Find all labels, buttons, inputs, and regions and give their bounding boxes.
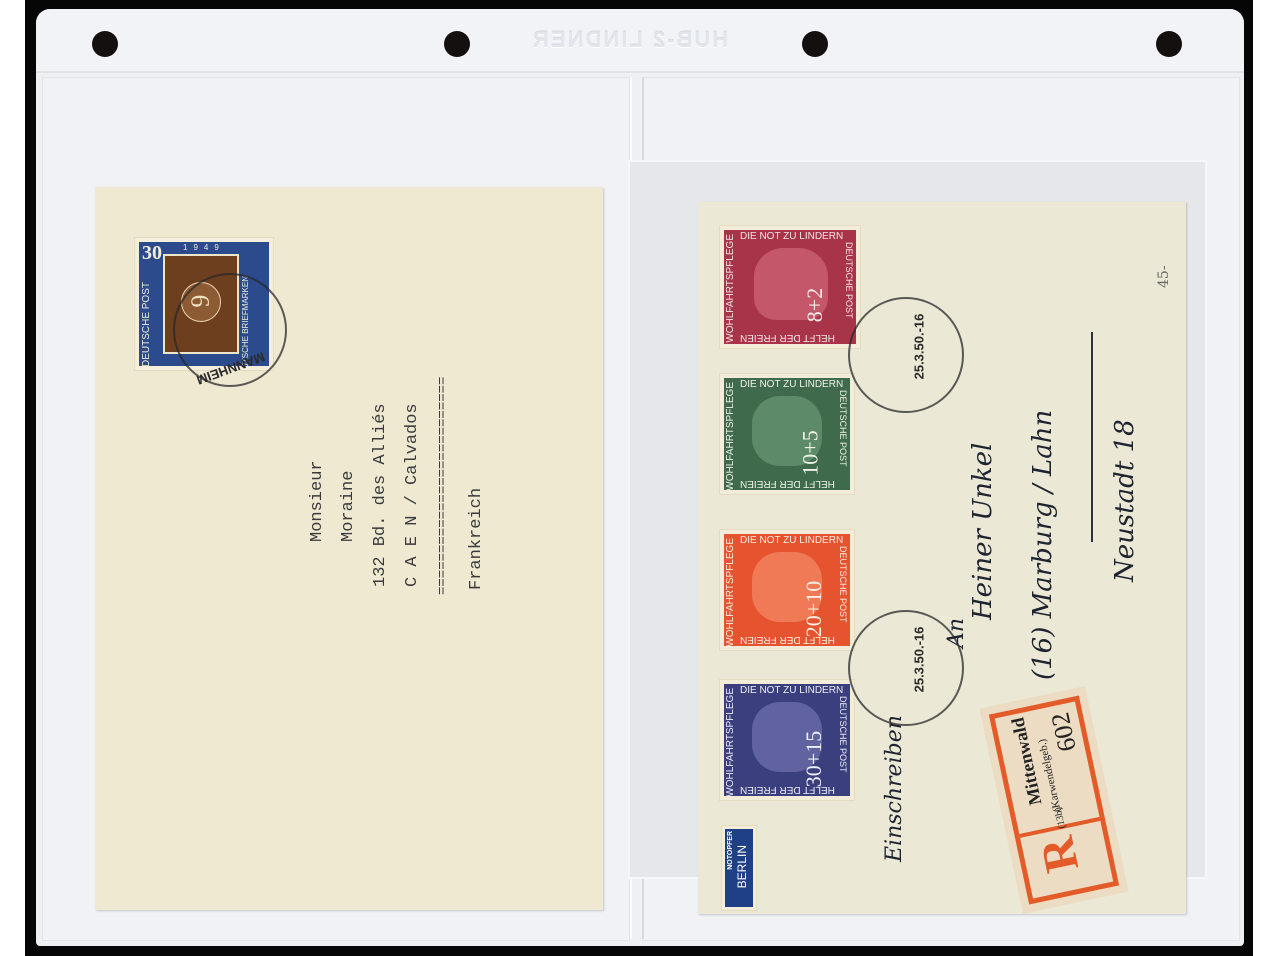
stamp-value: 30+15 [801,731,827,787]
stamp-top-text: DIE NOT ZU LINDERN [740,231,843,242]
stamp-design: DIE NOT ZU LINDERN WOHLFAHRTSPFLEGE HELF… [724,534,850,646]
binder-strip: HUB-2 LINDNER [36,9,1244,73]
stamp-value: 8+2 [802,288,828,322]
stamp-side-text: WOHLFAHRTSPFLEGE [725,538,736,646]
stamp-country: DEUTSCHE POST [141,282,152,366]
punch-hole [92,31,118,57]
handwritten-einschreiben: Einschreiben [882,715,907,862]
stamp-top-text: DIE NOT ZU LINDERN [740,535,843,546]
left-cover[interactable]: DEUTSCHE POST 30 1949 6 100 JAHRE DEUTSC… [95,187,603,910]
address-line-4: C A E N / Calvados [403,403,422,587]
stamp-side-text: WOHLFAHRTSPFLEGE [725,382,736,490]
handwritten-city: (16) Marburg / Lahn [1028,410,1058,680]
cancel-mittenwald-1: 25.3.50.-16 [848,297,964,413]
stamp-welfare-10: DIE NOT ZU LINDERN WOHLFAHRTSPFLEGE HELF… [720,374,854,494]
stamp-top-text: DIE NOT ZU LINDERN [740,685,843,696]
stamp-top-text: DIE NOT ZU LINDERN [740,379,843,390]
stamp-welfare-20: DIE NOT ZU LINDERN WOHLFAHRTSPFLEGE HELF… [720,530,854,650]
address-line-6: Frankreich [467,488,486,590]
stamp-notopfer-berlin: NOTOPFER BERLIN [722,826,756,910]
stamp-country: DEUTSCHE POST [838,390,848,467]
punch-hole [802,31,828,57]
cancel-text: MANNHEIM [195,349,267,388]
right-cover[interactable]: DIE NOT ZU LINDERN WOHLFAHRTSPFLEGE HELF… [698,202,1186,914]
stamp-bottom-text: HELFT DER FREIEN [740,332,835,343]
stamp-side-text: WOHLFAHRTSPFLEGE [725,688,736,796]
handwritten-street: Neustadt 18 [1110,419,1140,582]
cancel-mannheim: MANNHEIM [173,273,287,387]
stamp-bottom-text: HELFT DER FREIEN [740,478,835,489]
address-underline: ========================== [435,377,451,595]
stamp-side-text: WOHLFAHRTSPFLEGE [725,234,736,343]
stamp-country: DEUTSCHE POST [838,546,848,623]
registration-number: 602 [1045,710,1082,754]
manufacturer-emboss: HUB-2 LINDNER [531,27,728,53]
stamp-year-top: 1949 [183,243,225,252]
stamp-design: DIE NOT ZU LINDERN WOHLFAHRTSPFLEGE HELF… [724,378,850,490]
handwritten-name: Heiner Unkel [968,443,998,620]
stamp-design: DIE NOT ZU LINDERN WOHLFAHRTSPFLEGE HELF… [724,230,856,344]
stamp-design: DIE NOT ZU LINDERN WOHLFAHRTSPFLEGE HELF… [724,684,850,796]
stamp-design: NOTOPFER BERLIN [725,829,753,907]
handwritten-an: An [944,618,969,648]
stamp-value: 30 [142,242,162,265]
handwritten-underline [1091,332,1093,542]
pencil-note: 45- [1156,265,1172,288]
stamp-value: 10+5 [798,430,824,475]
stamp-welfare-8: DIE NOT ZU LINDERN WOHLFAHRTSPFLEGE HELF… [720,226,860,348]
registration-letter: R [1029,832,1090,877]
stamp-welfare-30: DIE NOT ZU LINDERN WOHLFAHRTSPFLEGE HELF… [720,680,854,800]
punch-hole [444,31,470,57]
address-line-1: Monsieur [308,460,327,542]
punch-hole [1156,31,1182,57]
address-line-2: Moraine [339,471,358,542]
cancel-date: 25.3.50.-16 [911,627,926,693]
notopfer-text: NOTOPFER [727,831,734,870]
stamp-country: DEUTSCHE POST [838,696,848,773]
stamp-country: DEUTSCHE POST [844,242,854,319]
stamp-value: 20+10 [801,581,827,637]
notopfer-city: BERLIN [735,845,749,888]
cancel-date: 25.3.50.-16 [911,314,926,380]
address-line-3: 132 Bd. des Alliés [371,403,390,587]
